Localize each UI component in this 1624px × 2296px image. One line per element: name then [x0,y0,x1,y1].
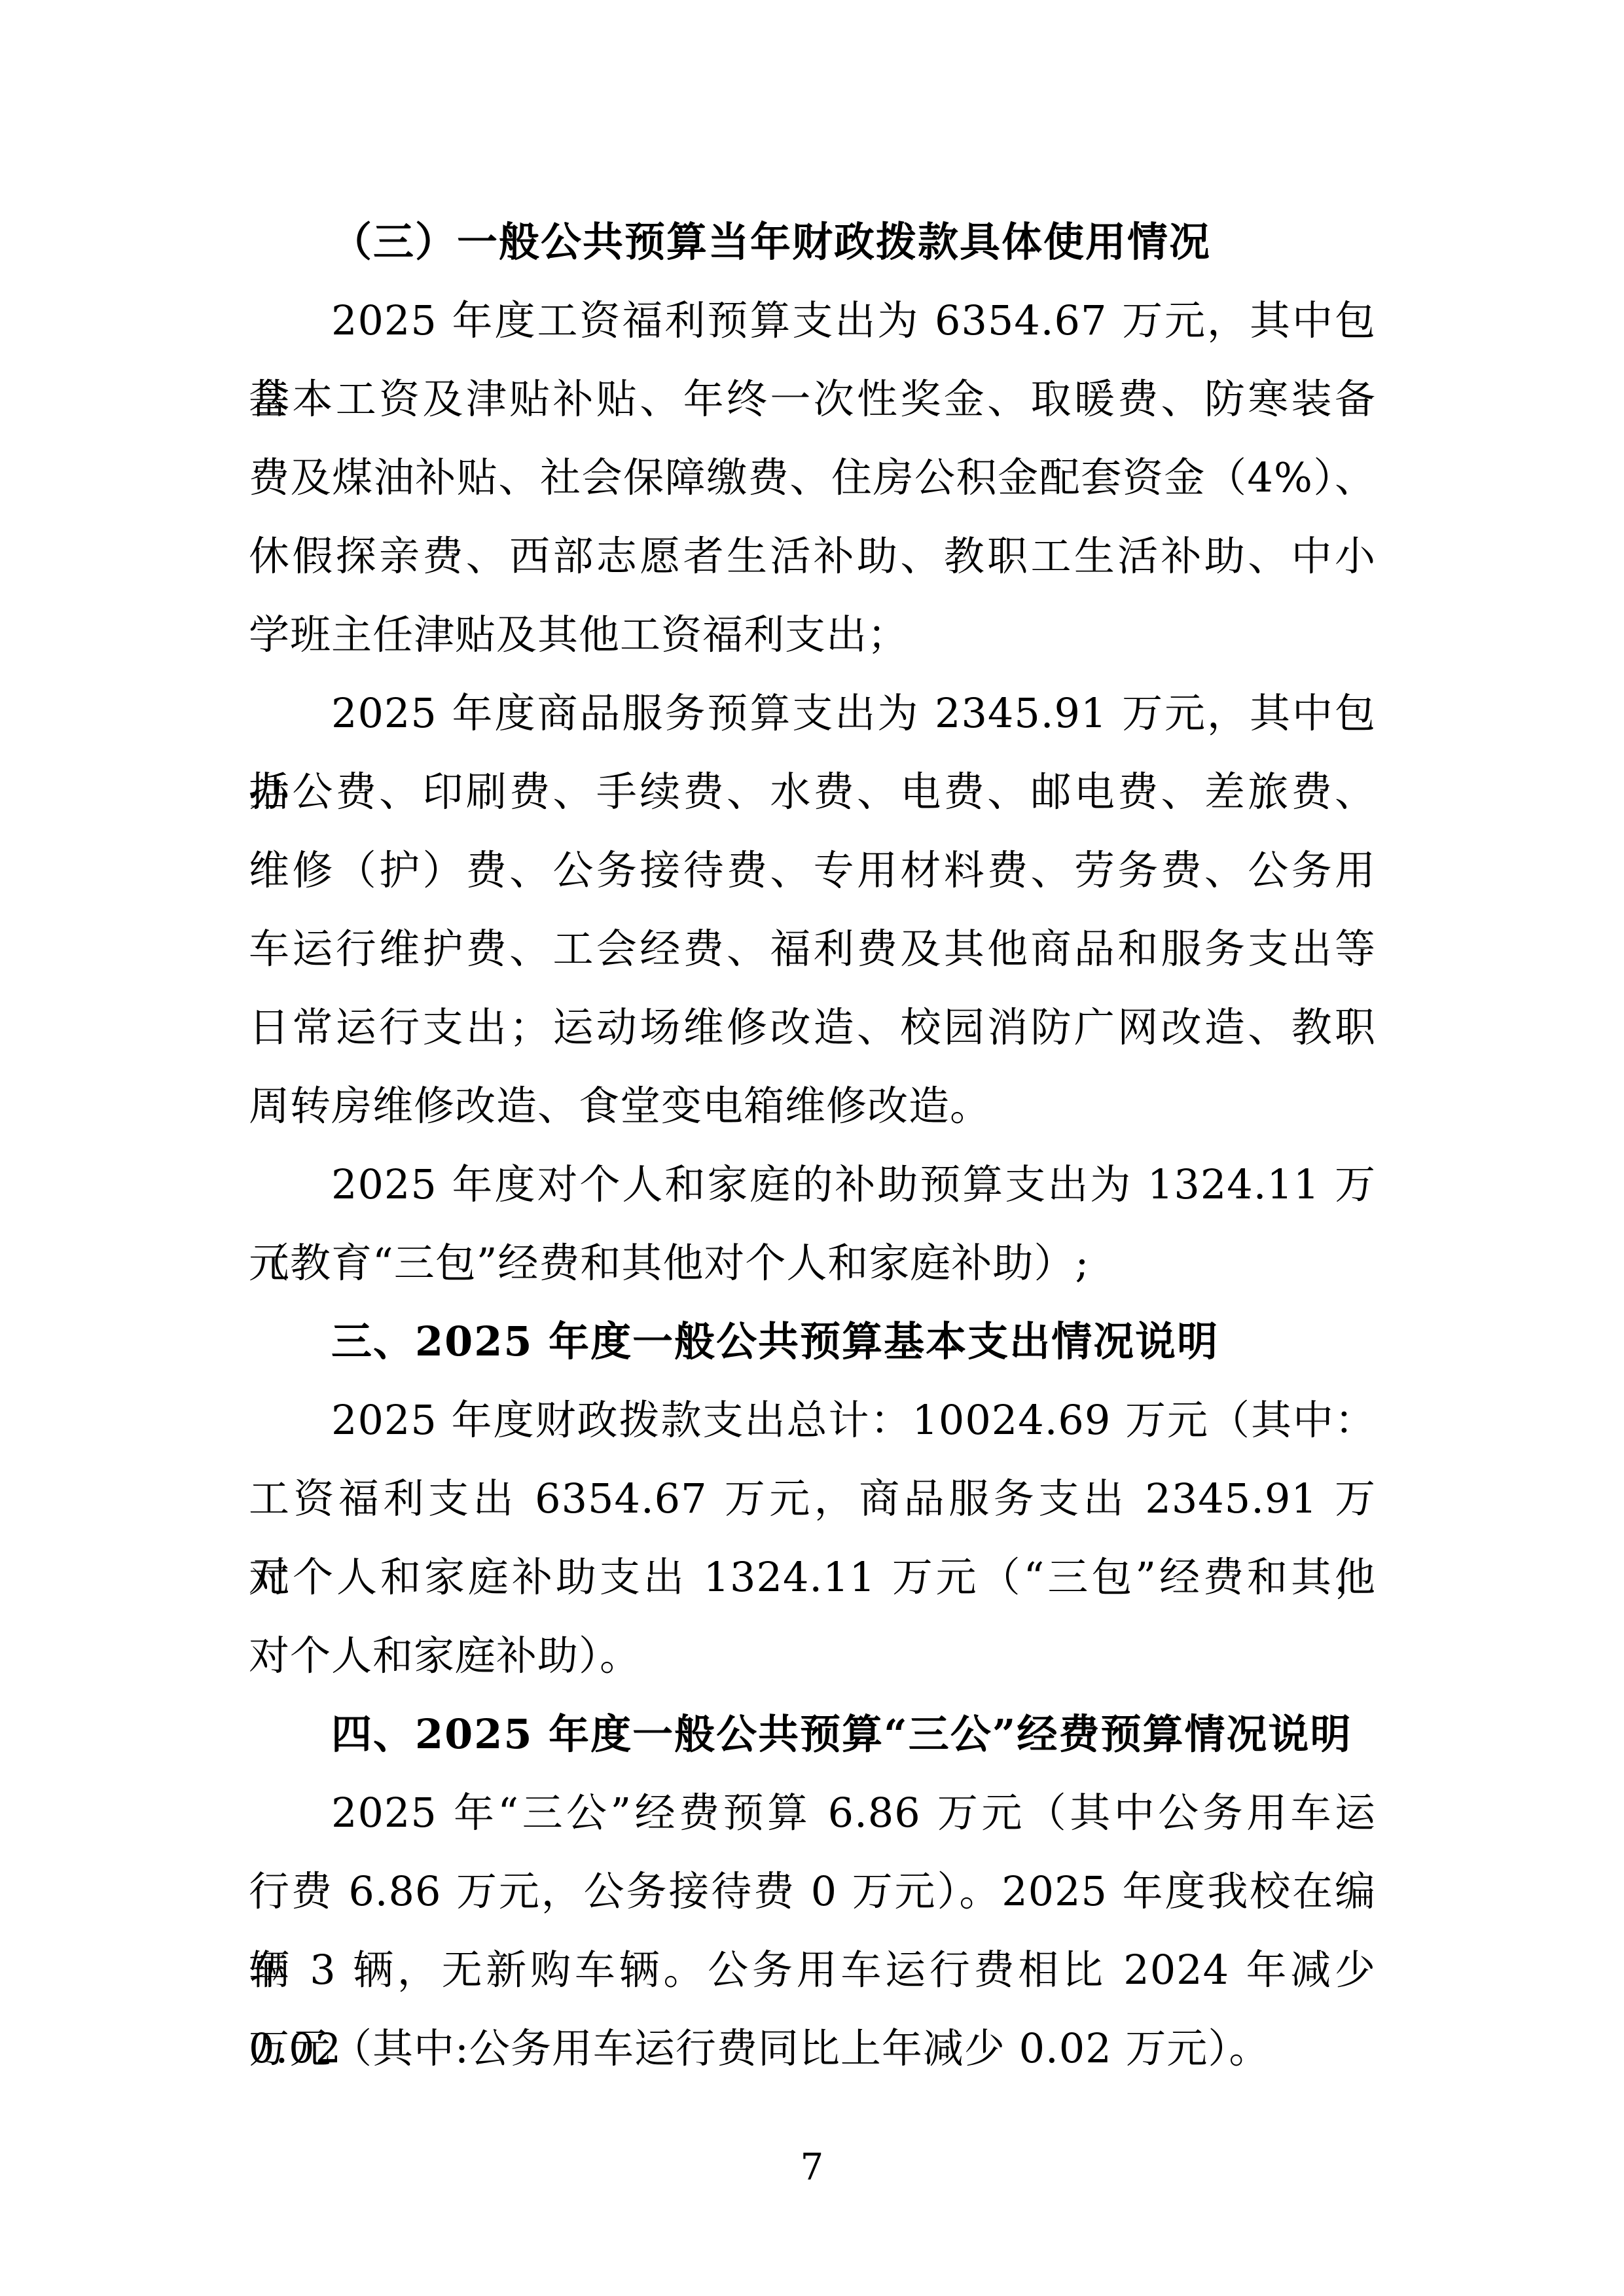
text-line: 辆 3 辆，无新购车辆。公务用车运行费相比 2024 年减少 0.02 [249,1931,1376,2009]
text-line: 周转房维修改造、食堂变电箱维修改造。 [249,1067,1376,1145]
text-line: 2025 年度对个人和家庭的补助预算支出为 1324.11 万元 [249,1145,1376,1224]
heading-line: 三、2025 年度一般公共预算基本支出情况说明 [249,1302,1376,1381]
heading-line: （三）一般公共预算当年财政拨款具体使用情况 [249,203,1376,281]
page-number: 7 [0,2142,1624,2194]
text-line: 维修（护）费、公务接待费、专用材料费、劳务费、公务用 [249,831,1376,910]
text-line: 办公费、印刷费、手续费、水费、电费、邮电费、差旅费、 [249,753,1376,831]
text-line: 2025 年度工资福利预算支出为 6354.67 万元，其中包含 [249,281,1376,360]
text-line: 2025 年度财政拨款支出总计：10024.69 万元（其中： [249,1381,1376,1460]
text-line: 行费 6.86 万元，公务接待费 0 万元）。2025 年度我校在编车 [249,1852,1376,1931]
text-line: 休假探亲费、西部志愿者生活补助、教职工生活补助、中小 [249,517,1376,596]
text-line: 工资福利支出 6354.67 万元，商品服务支出 2345.91 万元， [249,1460,1376,1538]
text-line: 车运行维护费、工会经费、福利费及其他商品和服务支出等 [249,910,1376,988]
text-line: 2025 年度商品服务预算支出为 2345.91 万元，其中包括 [249,674,1376,753]
text-line: 费及煤油补贴、社会保障缴费、住房公积金配套资金（4%）、 [249,439,1376,517]
text-line: （教育“三包”经费和其他对个人和家庭补助）; [249,1224,1376,1302]
heading-line: 四、2025 年度一般公共预算“三公”经费预算情况说明 [249,1695,1376,1774]
text-line: 学班主任津贴及其他工资福利支出； [249,596,1376,674]
text-line: 2025 年“三公”经费预算 6.86 万元（其中公务用车运 [249,1774,1376,1852]
document-page: （三）一般公共预算当年财政拨款具体使用情况2025 年度工资福利预算支出为 63… [0,0,1624,2296]
text-line: 日常运行支出；运动场维修改造、校园消防广网改造、教职 [249,988,1376,1067]
text-line: 对个人和家庭补助）。 [249,1617,1376,1695]
text-line: 对个人和家庭补助支出 1324.11 万元（“三包”经费和其他 [249,1538,1376,1617]
text-line: 万元（其中:公务用车运行费同比上年减少 0.02 万元）。 [249,2009,1376,2088]
document-body: （三）一般公共预算当年财政拨款具体使用情况2025 年度工资福利预算支出为 63… [249,203,1376,2088]
text-line: 基本工资及津贴补贴、年终一次性奖金、取暖费、防寒装备 [249,360,1376,439]
